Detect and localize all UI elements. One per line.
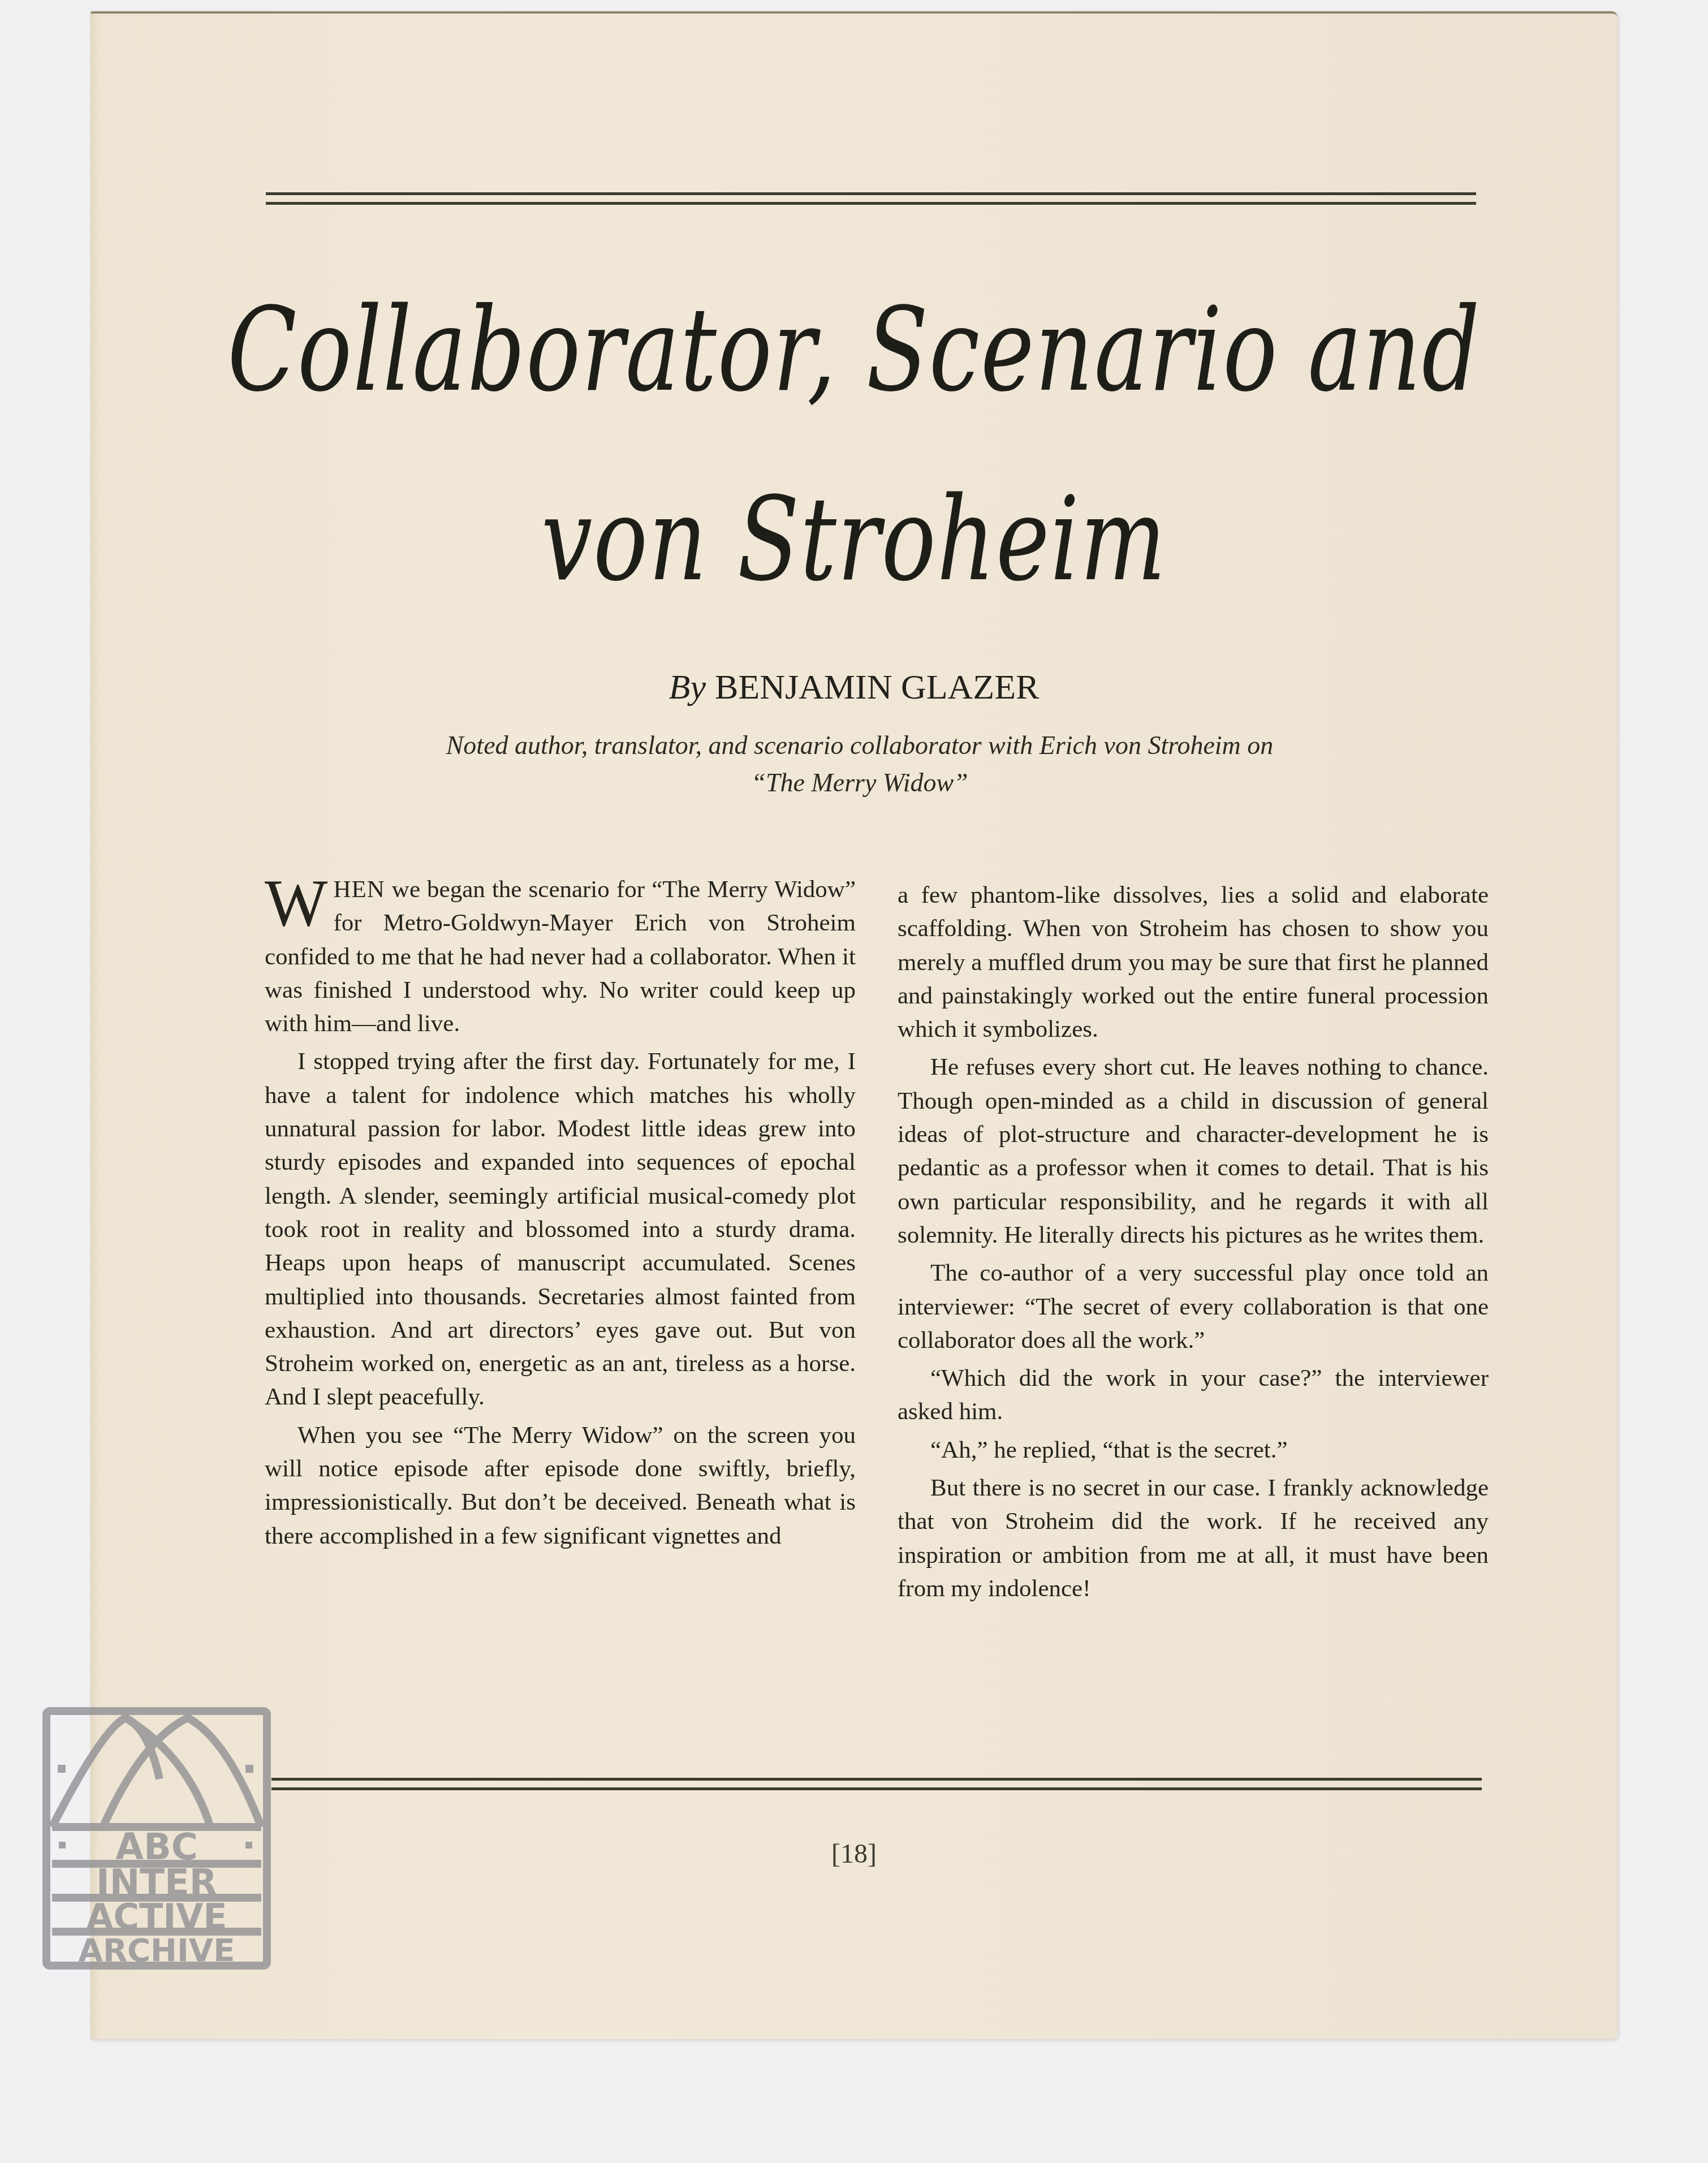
author-description-line-1: Noted author, translator, and scenario c…: [362, 727, 1357, 764]
paragraph: He refuses every short cut. He leaves no…: [898, 1050, 1489, 1252]
paragraph: I stopped trying after the first day. Fo…: [265, 1045, 856, 1414]
paragraph: But there is no secret in our case. I fr…: [898, 1471, 1489, 1605]
article-title-line-1: Collaborator, Scenario and: [188, 283, 1520, 417]
byline-prefix: By: [669, 668, 706, 706]
paragraph: The co-author of a very successful play …: [898, 1256, 1489, 1357]
watermark-line-3: ACTIVE: [86, 1896, 227, 1937]
paragraph: “Which did the work in your case?” the i…: [898, 1361, 1489, 1429]
abc-interactive-archive-logo-icon: ABC INTER ACTIVE ARCHIVE: [41, 1705, 273, 1971]
paragraph: WHEN we began the scenario for “The Merr…: [265, 873, 856, 1040]
article-title-line-2: von Stroheim: [188, 472, 1520, 607]
bottom-double-rule: [271, 1778, 1482, 1790]
drop-cap: W: [265, 876, 327, 930]
paragraph: a few phantom-like dissolves, lies a sol…: [898, 878, 1489, 1046]
byline: ByBENJAMIN GLAZER: [0, 667, 1708, 708]
lead-in: HEN: [333, 876, 385, 903]
paragraph: “Ah,” he replied, “that is the secret.”: [898, 1433, 1489, 1467]
author-name: BENJAMIN GLAZER: [715, 668, 1039, 706]
watermark-line-4: ARCHIVE: [79, 1932, 235, 1969]
paragraph: When you see “The Merry Widow” on the sc…: [265, 1419, 856, 1553]
top-double-rule: [266, 192, 1476, 205]
article-column-right: a few phantom-like dissolves, lies a sol…: [898, 878, 1489, 1610]
author-description: Noted author, translator, and scenario c…: [362, 727, 1357, 802]
article-column-left: WHEN we began the scenario for “The Merr…: [265, 873, 856, 1557]
author-description-line-2: “The Merry Widow”: [362, 764, 1357, 802]
